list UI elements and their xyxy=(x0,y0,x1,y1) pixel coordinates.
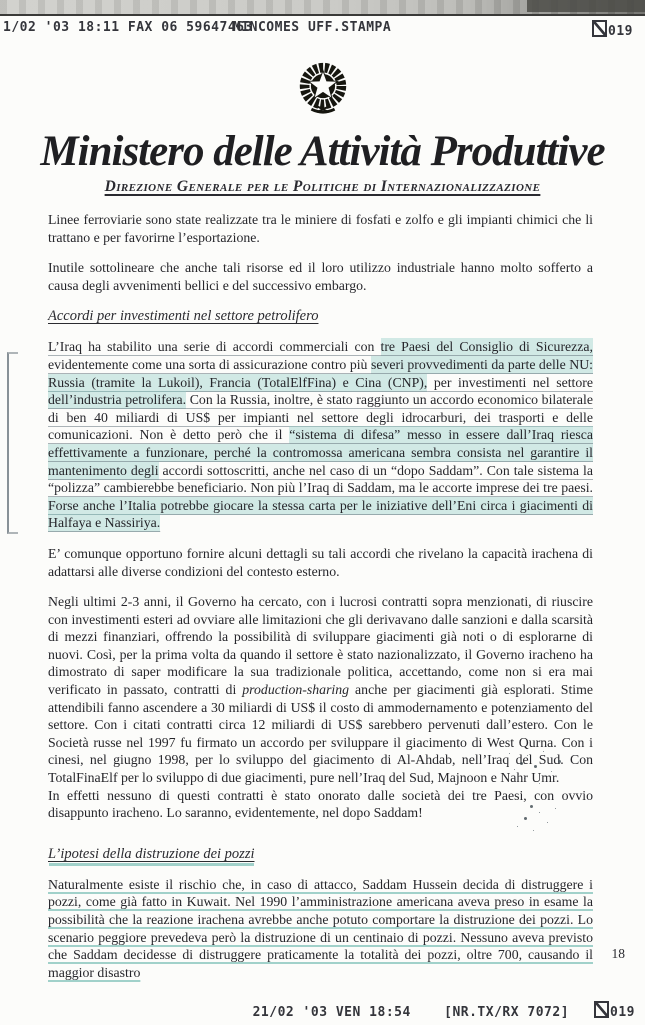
page-number: 18 xyxy=(612,946,626,962)
text-segment: anche per giacimenti già esplorati. Stim… xyxy=(48,682,593,785)
highlighted-text: dell’industria petrolifera. xyxy=(48,391,186,409)
scan-artifact-band xyxy=(0,0,645,16)
fax-footer-page-number: 019 xyxy=(610,1005,635,1020)
text-segment: L’ipotesi della distruzione dei pozzi xyxy=(48,846,255,862)
fax-sender: MINCOMES UFF.STAMPA xyxy=(233,20,391,35)
ministry-title: Ministero delle Attività Produttive xyxy=(0,127,645,176)
text-segment: E’ comunque opportuno fornire alcuni det… xyxy=(48,546,593,579)
ink-splatter xyxy=(530,805,533,808)
paragraph: E’ comunque opportuno fornire alcuni det… xyxy=(48,545,593,580)
letterhead: Ministero delle Attività Produttive Dire… xyxy=(0,56,645,196)
paragraph: Linee ferroviarie sono state realizzate … xyxy=(48,211,593,246)
text-segment: Linee ferroviarie sono state realizzate … xyxy=(48,212,593,245)
text-segment: L’Iraq ha stabilito una serie di accordi… xyxy=(48,339,381,354)
paragraph: L’Iraq ha stabilito una serie di accordi… xyxy=(48,338,593,532)
highlighted-text: tre Paesi del Consiglio di Sicurezza, xyxy=(381,338,594,356)
text-segment: In effetti nessuno di questi contratti è… xyxy=(48,788,593,821)
scan-artifact-corner xyxy=(527,0,645,12)
text-segment: Accordi per investimenti nel settore pet… xyxy=(48,308,318,324)
fax-footer-timestamp: 21/02 '03 VEN 18:54 xyxy=(253,1005,411,1020)
section-heading: Accordi per investimenti nel settore pet… xyxy=(48,307,593,325)
fax-footer: 21/02 '03 VEN 18:54 [NR.TX/RX 7072] 019 xyxy=(0,1001,645,1020)
paragraph: Negli ultimi 2-3 anni, il Governo ha cer… xyxy=(48,593,593,787)
italian-republic-emblem-icon xyxy=(294,56,352,118)
fax-page-counter: 019 xyxy=(592,20,633,39)
department-subtitle: Direzione Generale per le Politiche di I… xyxy=(0,178,645,196)
fax-timestamp: 1/02 '03 18:11 FAX 06 59647463 xyxy=(3,20,253,35)
text-segment: per investimenti nel settore xyxy=(427,375,593,390)
text-segment: evidentemente come una sorta di assicura… xyxy=(48,357,371,372)
fax-page-number: 019 xyxy=(608,24,633,39)
paragraph: In effetti nessuno di questi contratti è… xyxy=(48,787,593,822)
fax-page-icon xyxy=(592,20,607,37)
margin-bracket-mark xyxy=(7,352,18,534)
document-body: Linee ferroviarie sono state realizzate … xyxy=(48,211,593,994)
ink-splatter xyxy=(520,762,523,765)
fax-page-icon xyxy=(594,1001,609,1018)
fax-footer-ref: [NR.TX/RX 7072] xyxy=(444,1005,569,1020)
paragraph: Naturalmente esiste il rischio che, in c… xyxy=(48,876,593,982)
text-segment: Naturalmente esiste il rischio che, in c… xyxy=(48,877,593,980)
paragraph: Inutile sottolineare che anche tali riso… xyxy=(48,259,593,294)
section-heading: L’ipotesi della distruzione dei pozzi xyxy=(48,845,255,863)
text-segment: production-sharing xyxy=(242,682,349,697)
highlighted-text: Forse anche l’Italia potrebbe giocare la… xyxy=(48,497,593,533)
text-segment: Inutile sottolineare che anche tali riso… xyxy=(48,260,593,293)
